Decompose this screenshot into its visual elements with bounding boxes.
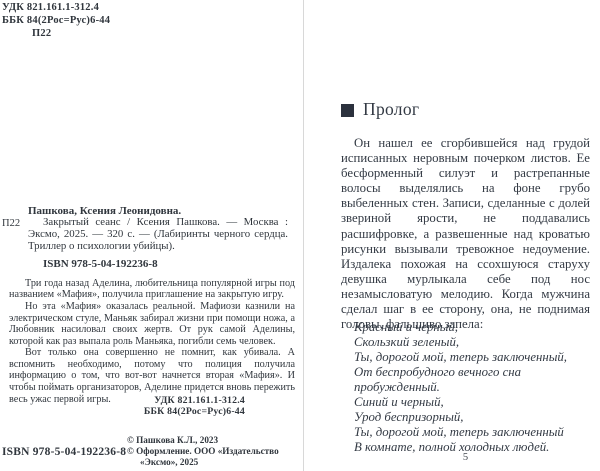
catalog-entry: Закрытый сеанс / Ксения Пашкова. — Москв… xyxy=(28,217,288,253)
isbn-catalog: ISBN 978-5-04-192236-8 xyxy=(43,258,297,270)
annotation: Три года назад Аделина, любительница поп… xyxy=(9,278,295,406)
bbk-code: ББК 84(2Рос=Рус)6-44 xyxy=(2,14,110,27)
copyright-block: © Пашкова К.Л., 2023© Оформление. ООО «И… xyxy=(127,435,299,467)
bbk-code-footer: ББК 84(2Рос=Рус)6-44 xyxy=(0,407,245,418)
chapter-heading: Пролог xyxy=(341,99,419,120)
page-number: 5 xyxy=(341,452,590,463)
catalog-card: Пашкова, Ксения Леонидовна. П22 Закрытый… xyxy=(0,205,297,405)
verse-line: Синий и черный, xyxy=(354,395,590,410)
copyright-line: © Оформление. ООО «Издательство xyxy=(127,446,299,457)
verse-line: Ты, дорогой мой, теперь заключенный xyxy=(354,425,590,440)
page-gutter-divider xyxy=(303,0,304,471)
verse-stanza-2: Синий и черный,Урод беспризорный,Ты, дор… xyxy=(354,395,590,455)
copyright-page: УДК 821.161.1-312.4 ББК 84(2Рос=Рус)6-44… xyxy=(0,0,303,471)
chapter-marker-square-icon xyxy=(341,104,354,117)
verse-line: Красный и черный, xyxy=(354,320,590,335)
footer-classification-codes: УДК 821.161.1-312.4 ББК 84(2Рос=Рус)6-44 xyxy=(0,396,245,417)
prologue-paragraph: Он нашел ее сгорбившейся над грудой испи… xyxy=(341,136,590,332)
margin-author-sign: П22 xyxy=(2,218,20,229)
verse-stanza-1: Красный и черный,Скользкий зеленый,Ты, д… xyxy=(354,320,590,395)
annotation-paragraph: Но эта «Мафия» оказалась реальной. Мафио… xyxy=(9,301,295,347)
isbn-bottom: ISBN 978-5-04-192236-8 xyxy=(2,446,126,458)
udk-code: УДК 821.161.1-312.4 xyxy=(2,1,110,14)
udk-code-footer: УДК 821.161.1-312.4 xyxy=(0,396,245,407)
annotation-paragraph: Три года назад Аделина, любительница поп… xyxy=(9,278,295,301)
verse-line: Ты, дорогой мой, теперь заключенный, xyxy=(354,350,590,365)
verse-line: От беспробудного вечного сна пробужденны… xyxy=(354,365,590,395)
chapter-title: Пролог xyxy=(363,99,419,120)
copyright-line: «Эксмо», 2025 xyxy=(127,457,299,468)
top-classification-codes: УДК 821.161.1-312.4 ББК 84(2Рос=Рус)6-44… xyxy=(2,1,110,40)
verse-line: Урод беспризорный, xyxy=(354,410,590,425)
copyright-line: © Пашкова К.Л., 2023 xyxy=(127,435,299,446)
author-sign-code: П22 xyxy=(2,27,110,40)
verse-line: Скользкий зеленый, xyxy=(354,335,590,350)
book-spread: УДК 821.161.1-312.4 ББК 84(2Рос=Рус)6-44… xyxy=(0,0,600,471)
prologue-page: Пролог Он нашел ее сгорбившейся над груд… xyxy=(341,0,590,471)
